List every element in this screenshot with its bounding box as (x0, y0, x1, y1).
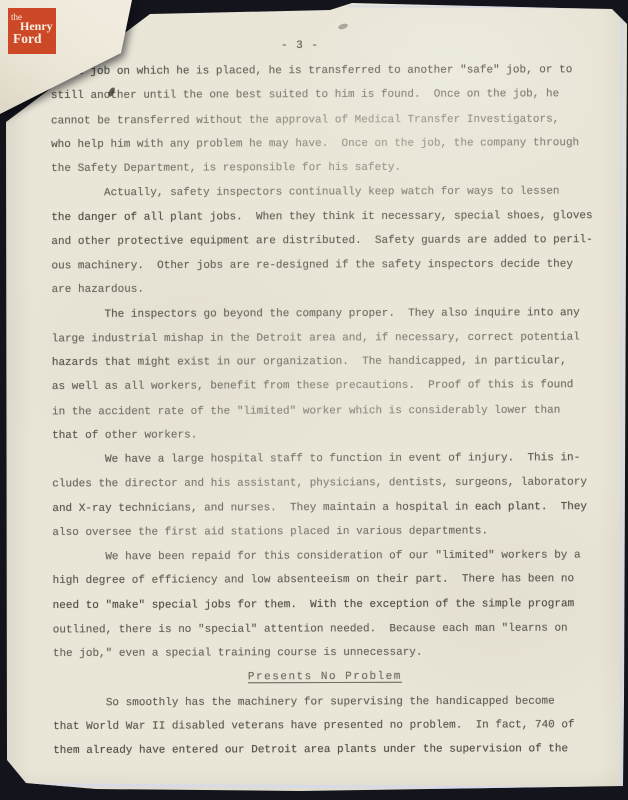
page-top-edge (348, 5, 620, 8)
text-line: still another until the one best suited … (51, 82, 611, 108)
text-line: that World War II disabled veterans have… (53, 713, 613, 739)
text-line: the danger of all plant jobs. When they … (51, 204, 611, 230)
text-line: need to "make" special jobs for them. Wi… (53, 592, 613, 618)
text-line: who help him with any problem he may hav… (51, 131, 611, 157)
text-line: large industrial mishap in the Detroit a… (52, 325, 612, 351)
document-page: - 3 - first job on which he is placed, h… (0, 0, 628, 800)
text-line: are hazardous. (52, 276, 612, 302)
text-line: Actually, safety inspectors continually … (51, 180, 611, 206)
section-heading: Presents No Problem (248, 664, 613, 690)
text-line: cannot be transferred without the approv… (51, 107, 611, 133)
text-line: outlined, there is no "special" attentio… (53, 616, 613, 642)
page-number: - 3 - (258, 40, 342, 52)
text-line: ous machinery. Other jobs are re-designe… (51, 252, 611, 278)
page-right-edge (620, 14, 623, 788)
text-line: high degree of efficiency and low absent… (53, 567, 613, 593)
document-text: first job on which he is placed, he is t… (51, 58, 613, 763)
text-line: and other protective equipment are distr… (51, 228, 611, 254)
logo-word-ford: Ford (13, 31, 42, 47)
text-line: first job on which he is placed, he is t… (51, 58, 611, 84)
text-line: in the accident rate of the "limited" wo… (52, 398, 612, 424)
text-line: as well as all workers, benefit from the… (52, 373, 612, 399)
text-line: the job," even a special training course… (53, 640, 613, 666)
text-line: We have a large hospital staff to functi… (52, 446, 612, 472)
text-line: hazards that might exist in our organiza… (52, 349, 612, 375)
text-line: The inspectors go beyond the company pro… (52, 301, 612, 327)
page-bottom-edge (18, 783, 622, 789)
scan-background-mat: - 3 - first job on which he is placed, h… (0, 0, 628, 800)
text-line: We have been repaid for this considerati… (52, 543, 612, 569)
text-line: So smoothly has the machinery for superv… (53, 689, 613, 715)
text-line: that of other workers. (52, 422, 612, 448)
text-line: cludes the director and his assistant, p… (52, 471, 612, 497)
ink-speck (337, 23, 348, 31)
henry-ford-logo: the Henry Ford (8, 8, 56, 54)
text-line: the Safety Department, is responsible fo… (51, 155, 611, 181)
text-line: them already have entered our Detroit ar… (53, 737, 613, 763)
text-line: also oversee the first aid stations plac… (52, 519, 612, 545)
text-line: and X-ray technicians, and nurses. They … (52, 495, 612, 521)
